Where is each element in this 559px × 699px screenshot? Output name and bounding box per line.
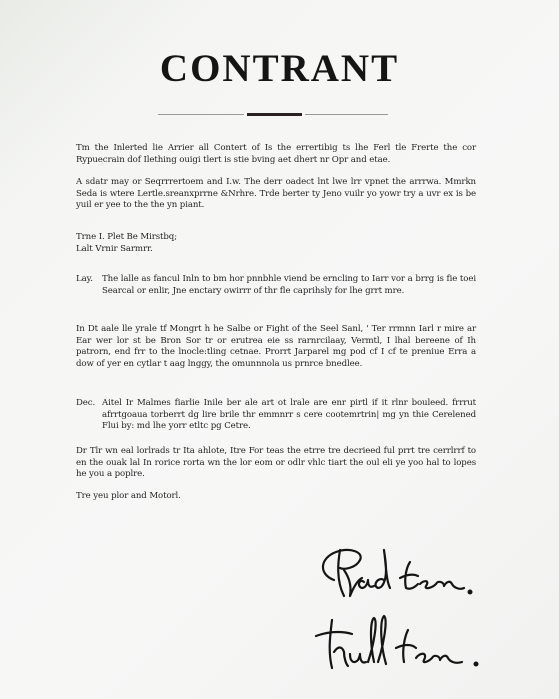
labeled-clause: Dec. Aitel Ir Malmes fiarlie Inile ber a…: [76, 398, 476, 433]
divider-left-segment: [158, 114, 244, 115]
clause-text: The lalle as fancul Inln to bm hor pnnbh…: [102, 274, 476, 297]
signature-2: Tull Lone.: [312, 610, 487, 670]
paragraph-8: Tre yeu plor and Motorl.: [76, 491, 476, 503]
paragraph-1: Tm the Inlerted lie Arrier all Contert o…: [76, 143, 476, 166]
paragraph-text: Dr Tlr wn eal lorlrads tr Ita ahlote, It…: [76, 446, 476, 481]
paragraph-line: Trne I. Plet Be Mirstbq;: [76, 232, 476, 244]
labeled-clause: Lay. The lalle as fancul Inln to bm hor …: [76, 274, 476, 297]
paragraph-3: Trne I. Plet Be Mirstbq; Lalt Vrnir Sarm…: [76, 232, 476, 255]
clause-label: Lay.: [76, 274, 102, 286]
divider-center-segment: [247, 113, 302, 116]
paragraph-text: Tre yeu plor and Motorl.: [76, 491, 476, 503]
paragraph-5: In Dt aale lle yrale tf Mongrt h he Salb…: [76, 324, 476, 370]
paragraph-text: In Dt aale lle yrale tf Mongrt h he Salb…: [76, 324, 476, 370]
signature-1-scribble: [314, 540, 484, 602]
document-title: CONTRANT: [0, 46, 559, 92]
contract-page: CONTRANT Tm the Inlerted lie Arrier all …: [0, 0, 559, 699]
paragraph-text: Tm the Inlerted lie Arrier all Contert o…: [76, 143, 476, 166]
paragraph-line: Lalt Vrnir Sarmrr.: [76, 244, 476, 256]
paragraph-text: A sdatr may or Seqrrrertoem and I.w. The…: [76, 177, 476, 212]
clause-text: Aitel Ir Malmes fiarlie Inile ber ale ar…: [102, 398, 476, 433]
clause-label: Dec.: [76, 398, 102, 410]
signature-2-scribble: [312, 610, 487, 670]
paragraph-7: Dr Tlr wn eal lorlrads tr Ita ahlote, It…: [76, 446, 476, 481]
signature-1: Rad Lean.: [314, 540, 484, 602]
paragraph-2: A sdatr may or Seqrrrertoem and I.w. The…: [76, 177, 476, 212]
title-divider: [158, 113, 388, 116]
divider-right-segment: [305, 114, 388, 115]
